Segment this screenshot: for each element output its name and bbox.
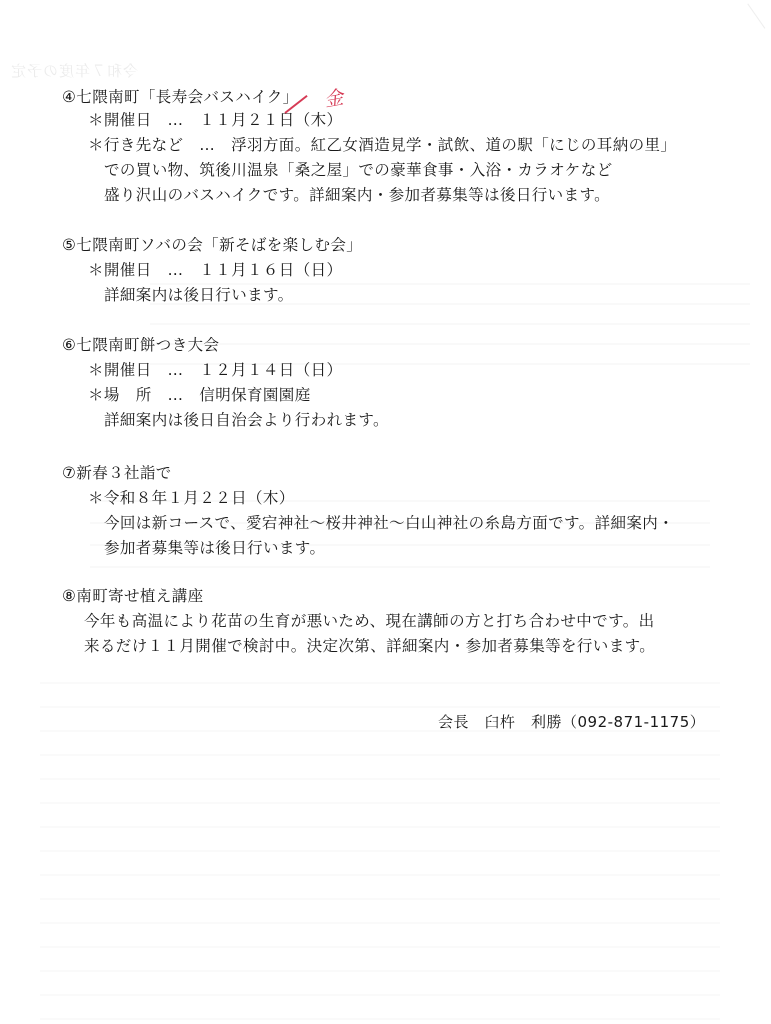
section-heading: ⑧南町寄せ植え講座 — [62, 586, 204, 606]
event-detail: 来るだけ１１月開催で検討中。決定次第、詳細案内・参加者募集等を行います。 — [84, 636, 655, 656]
event-detail: 今回は新コースで、愛宕神社～桜井神社～白山神社の糸島方面です。詳細案内・ — [104, 513, 674, 533]
event-detail: 今年も高温により花苗の生育が悪いため、現在講師の方と打ち合わせ中です。出 — [84, 611, 655, 631]
event-location: ＊場 所 … 信明保育園園庭 — [88, 385, 311, 405]
event-date: ＊開催日 … １１月２１日（木） — [88, 110, 342, 130]
event-date: ＊開催日 … １１月１６日（日） — [88, 260, 342, 280]
section-heading: ⑦新春３社詣で — [62, 463, 172, 483]
event-detail: 盛り沢山のバスハイクです。詳細案内・参加者募集等は後日行います。 — [104, 185, 610, 205]
event-detail: 詳細案内は後日行います。 — [104, 285, 294, 305]
section-heading: ④七隈南町「長寿会バスハイク」 — [62, 87, 299, 107]
section-heading: ⑤七隈南町ソバの会「新そばを楽しむ会」 — [62, 235, 362, 255]
event-detail: での買い物、筑後川温泉「桑之屋」での豪華食事・入浴・カラオケなど — [104, 160, 613, 180]
event-detail: 参加者募集等は後日行います。 — [104, 538, 325, 558]
signature: 会長 臼杵 利勝（092-871-1175） — [438, 711, 705, 732]
event-detail: 詳細案内は後日自治会より行われます。 — [104, 410, 389, 430]
event-date: ＊令和８年１月２２日（木） — [88, 488, 295, 508]
event-date: ＊開催日 … １２月１４日（日） — [88, 360, 342, 380]
bleed-through-block — [150, 265, 750, 375]
section-heading: ⑥七隈南町餅つき大会 — [62, 335, 219, 355]
handwritten-correction: 金 — [322, 83, 345, 113]
event-detail: ＊行き先など … 浮羽方面。紅乙女酒造見学・試飲、道の駅「にじの耳納の里」 — [88, 135, 676, 155]
scan-artifact — [728, 4, 766, 43]
bleed-through-header: 令和７年度の予定 — [10, 60, 138, 81]
